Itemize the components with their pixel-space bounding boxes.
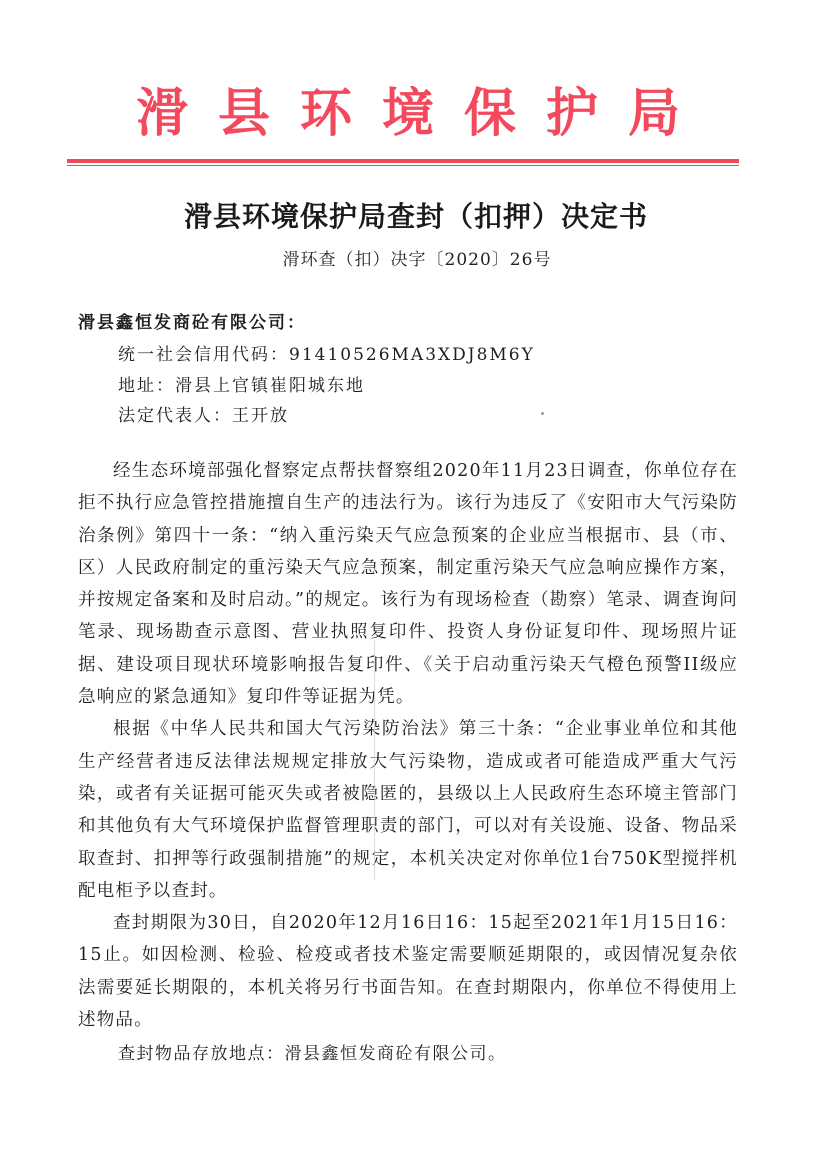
paragraph-legal-basis: 根据《中华人民共和国大气污染防治法》第三十条：“企业事业单位和其他生产经营者违反… — [78, 713, 738, 907]
scan-fold-line — [374, 640, 375, 880]
document-title: 滑县环境保护局查封（扣押）决定书 — [0, 197, 826, 237]
recipient-name: 滑县鑫恒发商砼有限公司： — [78, 311, 306, 335]
agency-masthead: 滑县环境保护局 — [0, 84, 826, 144]
paragraph-seizure-period: 查封期限为30日，自2020年12月16日16：15起至2021年1月15日16… — [78, 907, 738, 1036]
masthead-red-rule-thin — [67, 165, 739, 166]
masthead-red-rule-thick — [67, 159, 739, 163]
credit-code-line: 统一社会信用代码：91410526MA3XDJ8M6Y — [118, 343, 535, 367]
storage-location-line: 查封物品存放地点：滑县鑫恒发商砼有限公司。 — [118, 1042, 507, 1066]
document-number: 滑环查（扣）决字〔2020〕26号 — [0, 248, 826, 272]
body-text: 经生态环境部强化督察定点帮扶督察组2020年11月23日调查，你单位存在拒不执行… — [78, 455, 738, 1036]
legal-representative-line: 法定代表人：王开放 — [118, 404, 289, 428]
address-line: 地址：滑县上官镇崔阳城东地 — [118, 374, 365, 398]
scan-speck — [541, 412, 544, 415]
paragraph-findings: 经生态环境部强化督察定点帮扶督察组2020年11月23日调查，你单位存在拒不执行… — [78, 455, 738, 713]
